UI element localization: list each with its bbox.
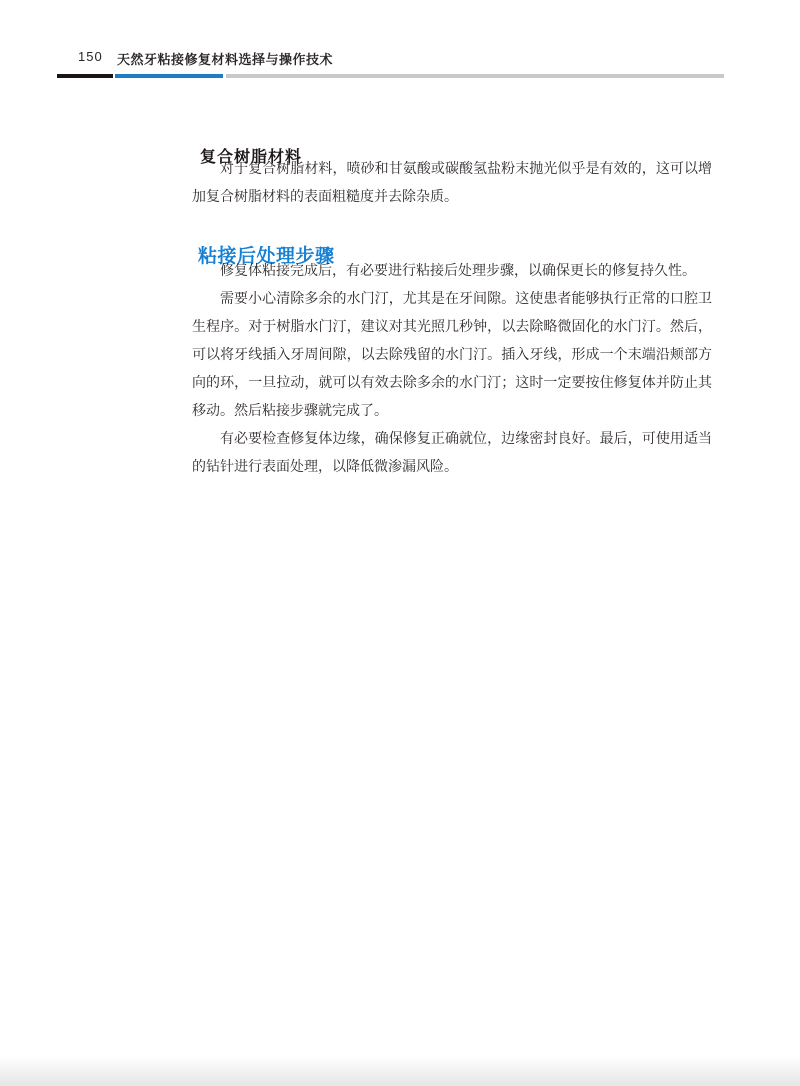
running-head-book-title: 天然牙粘接修复材料选择与操作技术: [117, 49, 333, 68]
header-rule-gray-segment: [226, 74, 724, 78]
paragraph-block-composite: 对于复合树脂材料，喷砂和甘氨酸或碳酸氢盐粉末抛光似乎是有效的，这可以增加复合树脂…: [192, 156, 712, 212]
paragraph: 有必要检查修复体边缘，确保修复正确就位，边缘密封良好。最后，可使用适当的钻针进行…: [192, 426, 712, 482]
paragraph: 修复体粘接完成后，有必要进行粘接后处理步骤，以确保更长的修复持久性。: [192, 258, 712, 286]
paragraph: 对于复合树脂材料，喷砂和甘氨酸或碳酸氢盐粉末抛光似乎是有效的，这可以增加复合树脂…: [192, 156, 712, 212]
header-rule-black-segment: [57, 74, 113, 78]
book-page: 150 天然牙粘接修复材料选择与操作技术 复合树脂材料 对于复合树脂材料，喷砂和…: [0, 0, 800, 1086]
paragraph-block-post-bonding: 修复体粘接完成后，有必要进行粘接后处理步骤，以确保更长的修复持久性。 需要小心清…: [192, 258, 712, 426]
header-rule-blue-segment: [115, 74, 223, 78]
page-number: 150: [78, 49, 103, 64]
paragraph-block-margin-check: 有必要检查修复体边缘，确保修复正确就位，边缘密封良好。最后，可使用适当的钻针进行…: [192, 426, 712, 482]
header-rule: [0, 74, 800, 79]
running-head: 150 天然牙粘接修复材料选择与操作技术: [0, 49, 800, 69]
paragraph: 需要小心清除多余的水门汀，尤其是在牙间隙。这使患者能够执行正常的口腔卫生程序。对…: [192, 286, 712, 426]
page-bottom-scan-shadow: [0, 1056, 800, 1086]
